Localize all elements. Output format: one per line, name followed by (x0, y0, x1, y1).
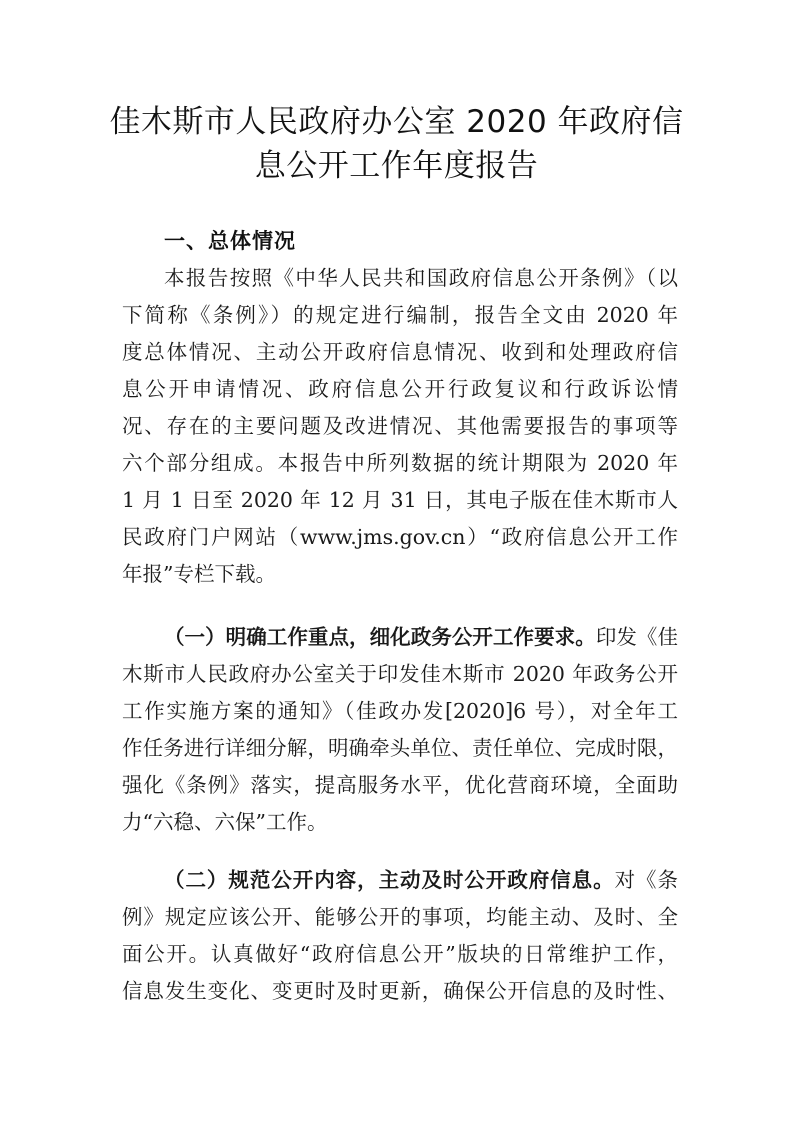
title-line-2: 息公开工作年度报告 (100, 144, 693, 188)
paragraph-line: 作任务进行详细分解，明确牵头单位、责任单位、完成时限， (122, 736, 678, 760)
paragraph-line: 息公开申请情况、政府信息公开行政复议和行政诉讼情 (122, 377, 678, 401)
paragraph-line: 1 月 1 日至 2020 年 12 月 31 日，其电子版在佳木斯市人 (122, 488, 678, 512)
item-1-first-rest: 印发《佳 (596, 625, 678, 649)
document-title: 佳木斯市人民政府办公室 2020 年政府信 息公开工作年度报告 (100, 100, 693, 188)
paragraph-line: 工作实施方案的通知》（佳政办发[2020]6 号），对全年工 (122, 699, 678, 723)
paragraph-line: 年报”专栏下载。 (122, 562, 678, 586)
paragraph-line: 民政府门户网站（www.jms.gov.cn）“政府信息公开工作 (122, 525, 678, 549)
paragraph-line: 面公开。认真做好“政府信息公开”版块的日常维护工作， (122, 942, 678, 966)
paragraph-line: 信息发生变化、变更时及时更新，确保公开信息的及时性、 (122, 979, 678, 1003)
section-heading-overview: 一、总体情况 (164, 229, 296, 253)
paragraph-line: 度总体情况、主动公开政府信息情况、收到和处理政府信 (122, 340, 678, 364)
paragraph-line: 木斯市人民政府办公室关于印发佳木斯市 2020 年政务公开 (122, 662, 678, 686)
item-1-lead: （一）明确工作重点，细化政务公开工作要求。 (164, 625, 596, 649)
paragraph-line: 况、存在的主要问题及改进情况、其他需要报告的事项等 (122, 414, 678, 438)
item-2-first-rest: 对《条 (615, 868, 678, 892)
paragraph-line: 六个部分组成。本报告中所列数据的统计期限为 2020 年 (122, 451, 678, 475)
paragraph-line: 下简称《条例》）的规定进行编制，报告全文由 2020 年 (122, 303, 678, 327)
title-line-1: 佳木斯市人民政府办公室 2020 年政府信 (100, 100, 693, 144)
paragraph-line: 强化《条例》落实，提高服务水平，优化营商环境，全面助 (122, 773, 678, 797)
document-page: 佳木斯市人民政府办公室 2020 年政府信 息公开工作年度报告 一、总体情况 本… (0, 0, 793, 1122)
item-2-first-line: （二）规范公开内容，主动及时公开政府信息。对《条 (164, 868, 678, 892)
paragraph-line: 力“六稳、六保”工作。 (122, 810, 678, 834)
item-2-lead: （二）规范公开内容，主动及时公开政府信息。 (164, 868, 615, 892)
item-1-first-line: （一）明确工作重点，细化政务公开工作要求。印发《佳 (164, 625, 678, 649)
paragraph-line: 本报告按照《中华人民共和国政府信息公开条例》（以 (164, 266, 678, 290)
paragraph-line: 例》规定应该公开、能够公开的事项，均能主动、及时、全 (122, 905, 678, 929)
